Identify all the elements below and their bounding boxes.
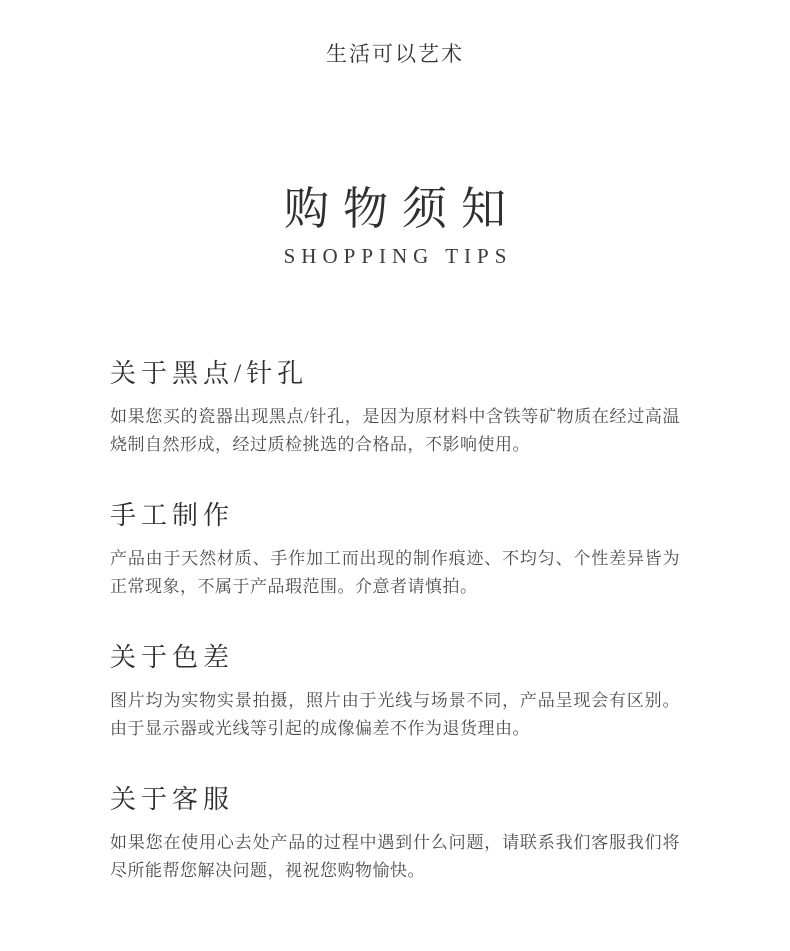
section-heading: 关于客服: [110, 783, 680, 817]
section-color-difference: 关于色差 图片均为实物实景拍摄，照片由于光线与场景不同，产品呈现会有区别。由于显…: [110, 641, 680, 743]
section-body: 如果您买的瓷器出现黑点/针孔，是因为原材料中含铁等矿物质在经过高温烧制自然形成，…: [110, 403, 680, 459]
title-block: 购物须知 SHOPPING TIPS: [0, 172, 790, 269]
brand-slogan: 生活可以艺术: [0, 0, 790, 68]
section-heading: 关于黑点/针孔: [110, 357, 680, 391]
page-title: 购物须知: [0, 172, 790, 237]
section-black-spots: 关于黑点/针孔 如果您买的瓷器出现黑点/针孔，是因为原材料中含铁等矿物质在经过高…: [110, 357, 680, 459]
shopping-tips-page: 生活可以艺术 购物须知 SHOPPING TIPS 关于黑点/针孔 如果您买的瓷…: [0, 0, 790, 951]
section-body: 如果您在使用心去处产品的过程中遇到什么问题，请联系我们客服我们将尽所能帮您解决问…: [110, 829, 680, 885]
section-body: 产品由于天然材质、手作加工而出现的制作痕迹、不均匀、个性差异皆为正常现象，不属于…: [110, 545, 680, 601]
sections-list: 关于黑点/针孔 如果您买的瓷器出现黑点/针孔，是因为原材料中含铁等矿物质在经过高…: [0, 357, 790, 885]
section-heading: 关于色差: [110, 641, 680, 675]
section-body: 图片均为实物实景拍摄，照片由于光线与场景不同，产品呈现会有区别。由于显示器或光线…: [110, 687, 680, 743]
section-heading: 手工制作: [110, 499, 680, 533]
page-subtitle: SHOPPING TIPS: [0, 244, 790, 269]
section-customer-service: 关于客服 如果您在使用心去处产品的过程中遇到什么问题，请联系我们客服我们将尽所能…: [110, 783, 680, 885]
section-handmade: 手工制作 产品由于天然材质、手作加工而出现的制作痕迹、不均匀、个性差异皆为正常现…: [110, 499, 680, 601]
